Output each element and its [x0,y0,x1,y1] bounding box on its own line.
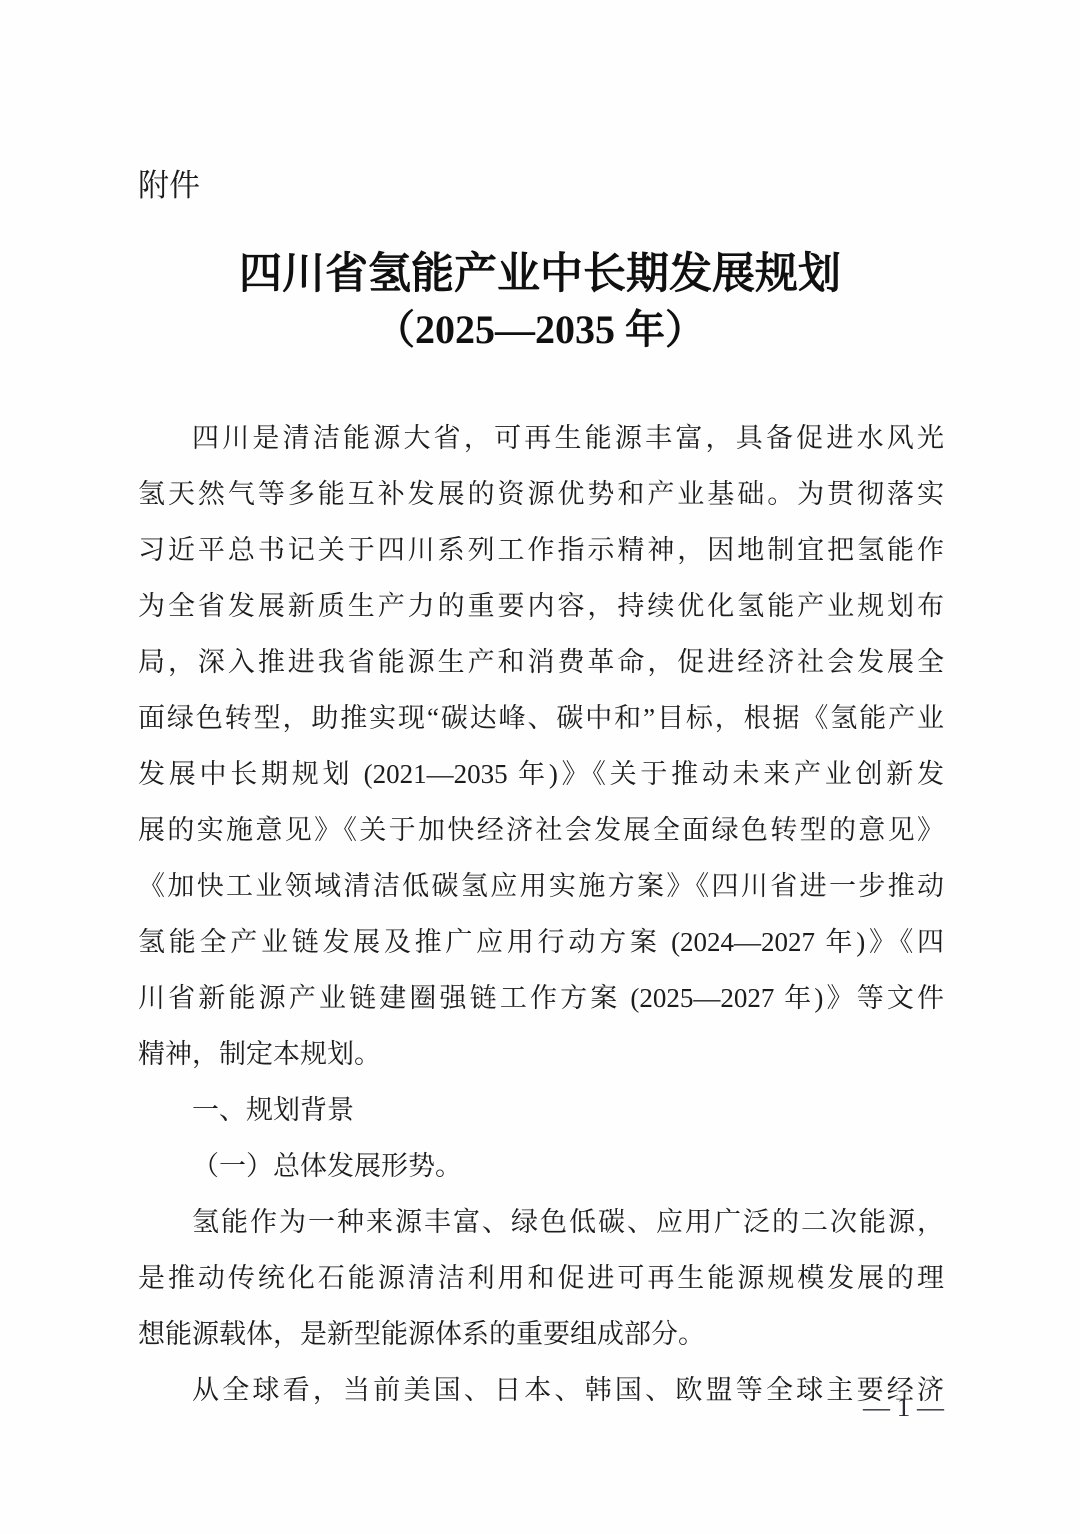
document-title: 四川省氢能产业中长期发展规划 [0,250,1080,300]
section-heading: 一、规划背景 [138,1082,944,1138]
body-line: 想能源载体，是新型能源体系的重要组成部分。 [138,1306,944,1362]
body-line: 精神，制定本规划。 [138,1026,944,1082]
document-subtitle: （2025—2035 年） [0,306,1080,354]
page-number: — 1 — [863,1390,944,1424]
body-line: 氢能全产业链发展及推广应用行动方案 (2024—2027 年)》《四 [138,914,944,970]
document-page: 附件 四川省氢能产业中长期发展规划 （2025—2035 年） 四川是清洁能源大… [0,0,1080,1534]
body-line: 氢能作为一种来源丰富、绿色低碳、应用广泛的二次能源， [138,1194,944,1250]
attachment-label: 附件 [138,166,200,206]
body-line: 为全省发展新质生产力的重要内容，持续优化氢能产业规划布 [138,578,944,634]
body-line: 氢天然气等多能互补发展的资源优势和产业基础。为贯彻落实 [138,466,944,522]
body-line: 展的实施意见》《关于加快经济社会发展全面绿色转型的意见》 [138,802,944,858]
body-line: 局，深入推进我省能源生产和消费革命，促进经济社会发展全 [138,634,944,690]
document-body: 四川是清洁能源大省，可再生能源丰富，具备促进水风光氢天然气等多能互补发展的资源优… [138,410,944,1418]
subsection-heading: （一）总体发展形势。 [138,1138,944,1194]
body-line: 发展中长期规划 (2021—2035 年)》《关于推动未来产业创新发 [138,746,944,802]
body-line: 《加快工业领域清洁低碳氢应用实施方案》《四川省进一步推动 [138,858,944,914]
body-line: 面绿色转型，助推实现“碳达峰、碳中和”目标，根据《氢能产业 [138,690,944,746]
body-line: 从全球看，当前美国、日本、韩国、欧盟等全球主要经济 [138,1362,944,1418]
body-line: 习近平总书记关于四川系列工作指示精神，因地制宜把氢能作 [138,522,944,578]
body-line: 是推动传统化石能源清洁利用和促进可再生能源规模发展的理 [138,1250,944,1306]
body-line: 四川是清洁能源大省，可再生能源丰富，具备促进水风光 [138,410,944,466]
body-line: 川省新能源产业链建圈强链工作方案 (2025—2027 年)》等文件 [138,970,944,1026]
